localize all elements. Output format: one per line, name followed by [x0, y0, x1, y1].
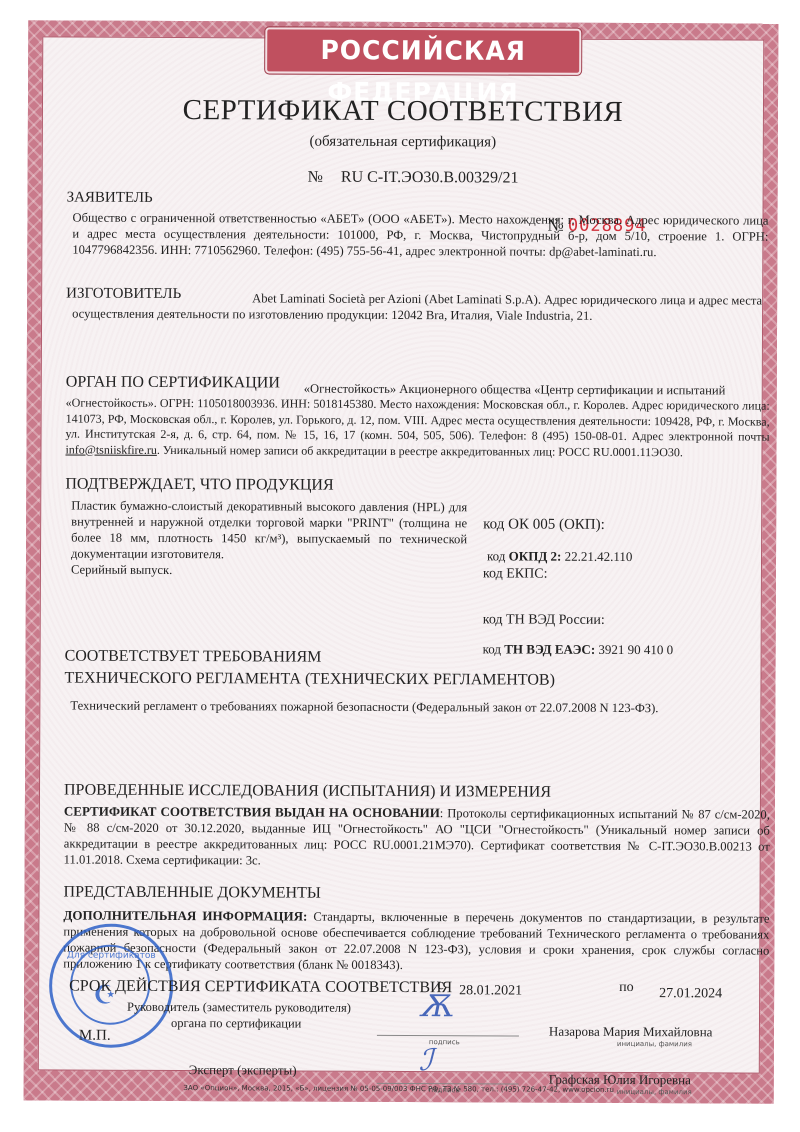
cert-body-text: «Огнестойкость». ОГРН: 1105018003936. ИН… — [65, 396, 769, 461]
cert-body-accreditation: . Уникальный номер записи об аккредитаци… — [157, 442, 683, 458]
stamp-center-text: Для сертификатов — [52, 950, 170, 961]
validity-to-date: 27.01.2024 — [659, 986, 722, 1002]
research-heading: ПРОВЕДЕННЫЕ ИССЛЕДОВАНИЯ (ИСПЫТАНИЯ) И И… — [64, 782, 551, 802]
code-ekps: код ЕКПС: — [483, 566, 548, 582]
country-banner: РОССИЙСКАЯ ФЕДЕРАЦИЯ — [265, 27, 581, 75]
certificate-subtitle: (обязательная сертификация) — [43, 132, 763, 152]
head-signature-line — [377, 1035, 519, 1037]
code-ok005: код ОК 005 (ОКП): — [483, 516, 605, 534]
product-description: Пластик бумажно-слоистый декоративный вы… — [71, 498, 467, 564]
code-okpd2: код ОКПД 2: 22.21.42.110 — [487, 548, 632, 565]
head-label-line2: органа по сертификации — [171, 1016, 301, 1032]
product-serial: Серийный выпуск. — [71, 562, 371, 579]
cert-body-details: «Огнестойкость». ОГРН: 1105018003936. ИН… — [66, 396, 770, 444]
requirements-heading-line1: СООТВЕТСТВУЕТ ТРЕБОВАНИЯМ — [65, 648, 322, 667]
head-signature: Ѫ — [419, 989, 453, 1024]
requirements-heading-line2: ТЕХНИЧЕСКОГО РЕГЛАМЕНТА (ТЕХНИЧЕСКИХ РЕГ… — [64, 670, 555, 690]
code-okpd2-label: ОКПД 2: — [509, 548, 562, 563]
cert-body-email-link[interactable]: info@tsniiskfire.ru — [65, 442, 156, 456]
manufacturer-heading: ИЗГОТОВИТЕЛЬ — [66, 286, 181, 304]
validity-to-label: по — [619, 980, 634, 996]
certificate-number: №RU C-IT.ЭО30.В.00329/21 — [308, 169, 519, 188]
applicant-text: Общество с ограниченной ответственностью… — [72, 210, 768, 261]
expert-label: Эксперт (эксперты) — [189, 1062, 297, 1078]
code-tnved-eaes-label: ТН ВЭД ЕАЭС: — [504, 641, 595, 656]
code-okpd2-value: 22.21.42.110 — [565, 549, 633, 564]
head-name-caption: инициалы, фамилия — [617, 1040, 692, 1048]
stamp-place-label: М.П. — [79, 1028, 111, 1045]
certificate-sheet: РОССИЙСКАЯ ФЕДЕРАЦИЯ СЕРТИФИКАТ СООТВЕТС… — [24, 20, 779, 1103]
product-heading: ПОДТВЕРЖДАЕТ, ЧТО ПРОДУКЦИЯ — [65, 476, 333, 495]
code-tnved-eaes-prefix: код — [483, 641, 501, 656]
extra-info-label: ДОПОЛНИТЕЛЬНАЯ ИНФОРМАЦИЯ: — [63, 908, 307, 924]
code-tnved-eaes: код ТН ВЭД ЕАЭС: 3921 90 410 0 — [483, 641, 674, 658]
research-text: СЕРТИФИКАТ СООТВЕТСТВИЯ ВЫДАН НА ОСНОВАН… — [64, 804, 770, 871]
expert-signature: ℐ — [419, 1043, 433, 1078]
code-tnved-russia: код ТН ВЭД России: — [483, 612, 605, 629]
manufacturer-text-rest: осуществления деятельности по изготовлен… — [72, 306, 772, 325]
cert-body-heading: ОРГАН ПО СЕРТИФИКАЦИИ — [66, 374, 280, 393]
head-signature-caption: подпись — [429, 1038, 460, 1046]
validity-heading: СРОК ДЕЙСТВИЯ СЕРТИФИКАТА СООТВЕТСТВИЯ — [69, 978, 452, 998]
research-basis-label: СЕРТИФИКАТ СООТВЕТСТВИЯ ВЫДАН НА ОСНОВАН… — [64, 804, 440, 821]
head-name: Назарова Мария Михайловна — [549, 1024, 713, 1041]
documents-heading: ПРЕДСТАВЛЕННЫЕ ДОКУМЕНТЫ — [64, 884, 321, 903]
certificate-title: СЕРТИФИКАТ СООТВЕТСТВИЯ — [43, 93, 763, 129]
code-okpd2-prefix: код — [487, 548, 505, 563]
number-sign: № — [308, 169, 323, 186]
applicant-heading: ЗАЯВИТЕЛЬ — [67, 190, 153, 207]
certificate-number-value: RU C-IT.ЭО30.В.00329/21 — [341, 169, 519, 187]
requirements-text: Технический регламент о требованиях пожа… — [70, 698, 770, 717]
head-label-line1: Руководитель (заместитель руководителя) — [127, 1000, 351, 1016]
certificate-body: РОССИЙСКАЯ ФЕДЕРАЦИЯ СЕРТИФИКАТ СООТВЕТС… — [38, 36, 765, 1073]
code-tnved-eaes-value: 3921 90 410 0 — [598, 642, 673, 657]
validity-from-date: 28.01.2021 — [459, 983, 522, 999]
